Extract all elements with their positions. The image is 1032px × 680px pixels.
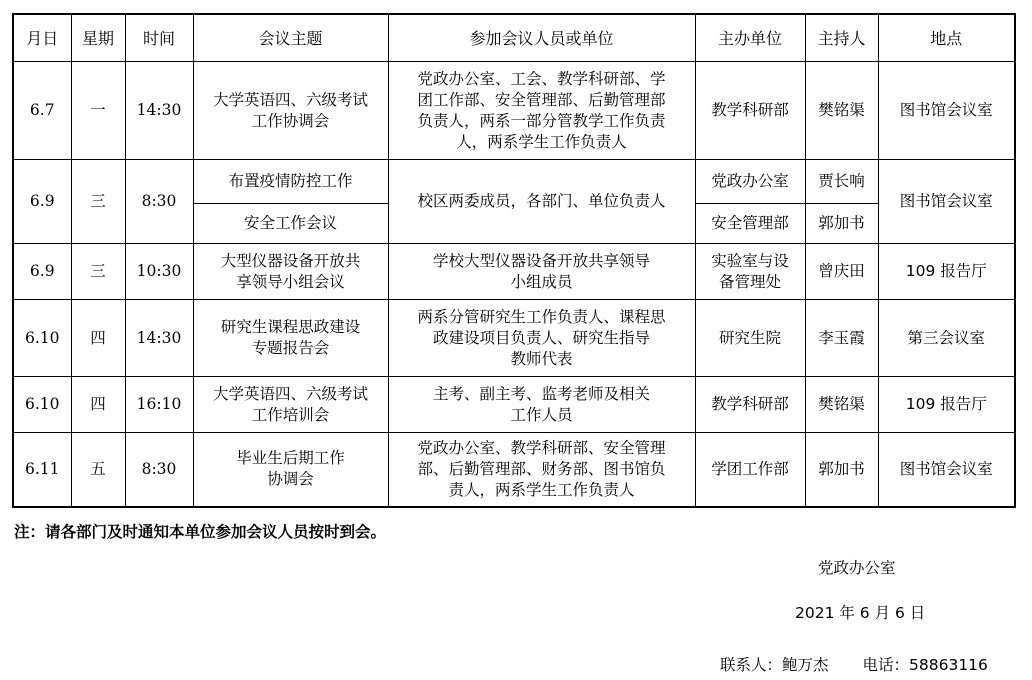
issuing-office: 党政办公室 [818,556,896,578]
cell-date: 6.10 [13,300,71,377]
cell-attendees: 两系分管研究生工作负责人、课程思 政建设项目负责人、研究生指导 教师代表 [388,300,695,377]
cell-weekday: 三 [71,160,125,244]
cell-topic: 大型仪器设备开放共 享领导小组会议 [193,244,388,300]
cell-location: 109 报告厅 [878,244,1015,300]
issue-date: 2021 年 6 月 6 日 [795,601,925,623]
cell-attendees: 主考、副主考、监考老师及相关 工作人员 [388,377,695,433]
cell-topic: 毕业生后期工作 协调会 [193,433,388,507]
cell-organizer: 党政办公室 [695,160,805,204]
cell-time: 10:30 [125,244,193,300]
cell-attendees: 学校大型仪器设备开放共享领导 小组成员 [388,244,695,300]
cell-time: 14:30 [125,300,193,377]
cell-time: 8:30 [125,433,193,507]
cell-attendees: 校区两委成员，各部门、单位负责人 [388,160,695,244]
cell-topic: 大学英语四、六级考试 工作培训会 [193,377,388,433]
cell-host: 贾长响 [805,160,878,204]
cell-host: 樊铭渠 [805,62,878,160]
cell-weekday: 四 [71,300,125,377]
cell-location: 图书馆会议室 [878,160,1015,244]
cell-date: 6.9 [13,160,71,244]
contact-phone: 电话：58863116 [863,656,988,674]
cell-weekday: 一 [71,62,125,160]
cell-host: 曾庆田 [805,244,878,300]
header-weekday: 星期 [71,14,125,62]
contact-info: 联系人：鲍万杰电话：58863116 [720,653,988,675]
cell-organizer: 安全管理部 [695,204,805,244]
header-topic: 会议主题 [193,14,388,62]
cell-host: 郭加书 [805,204,878,244]
table-row: 6.11 五 8:30 毕业生后期工作 协调会 党政办公室、教学科研部、安全管理… [13,433,1015,507]
cell-weekday: 四 [71,377,125,433]
cell-location: 图书馆会议室 [878,433,1015,507]
header-organizer: 主办单位 [695,14,805,62]
attendance-note: 注：请各部门及时通知本单位参加会议人员按时到会。 [14,520,386,542]
cell-organizer: 研究生院 [695,300,805,377]
contact-person: 联系人：鲍万杰 [720,656,829,674]
cell-date: 6.10 [13,377,71,433]
header-time: 时间 [125,14,193,62]
cell-attendees: 党政办公室、教学科研部、安全管理 部、后勤管理部、财务部、图书馆负 责人，两系学… [388,433,695,507]
cell-time: 8:30 [125,160,193,244]
cell-organizer: 学团工作部 [695,433,805,507]
table-row: 6.9 三 10:30 大型仪器设备开放共 享领导小组会议 学校大型仪器设备开放… [13,244,1015,300]
meeting-schedule-table: 月日 星期 时间 会议主题 参加会议人员或单位 主办单位 主持人 地点 6.7 … [12,13,1016,508]
cell-location: 图书馆会议室 [878,62,1015,160]
cell-host: 郭加书 [805,433,878,507]
cell-topic: 布置疫情防控工作 [193,160,388,204]
cell-date: 6.11 [13,433,71,507]
cell-topic: 研究生课程思政建设 专题报告会 [193,300,388,377]
cell-topic: 大学英语四、六级考试 工作协调会 [193,62,388,160]
cell-host: 李玉霞 [805,300,878,377]
cell-weekday: 三 [71,244,125,300]
cell-location: 第三会议室 [878,300,1015,377]
header-host: 主持人 [805,14,878,62]
cell-host: 樊铭渠 [805,377,878,433]
cell-time: 14:30 [125,62,193,160]
cell-organizer: 教学科研部 [695,62,805,160]
table-row: 6.10 四 14:30 研究生课程思政建设 专题报告会 两系分管研究生工作负责… [13,300,1015,377]
cell-organizer: 教学科研部 [695,377,805,433]
header-attendees: 参加会议人员或单位 [388,14,695,62]
cell-weekday: 五 [71,433,125,507]
table-row: 6.9 三 8:30 布置疫情防控工作 校区两委成员，各部门、单位负责人 党政办… [13,160,1015,204]
header-location: 地点 [878,14,1015,62]
cell-attendees: 党政办公室、工会、教学科研部、学 团工作部、安全管理部、后勤管理部 负责人，两系… [388,62,695,160]
cell-topic: 安全工作会议 [193,204,388,244]
cell-organizer: 实验室与设 备管理处 [695,244,805,300]
table-row: 6.10 四 16:10 大学英语四、六级考试 工作培训会 主考、副主考、监考老… [13,377,1015,433]
cell-time: 16:10 [125,377,193,433]
cell-location: 109 报告厅 [878,377,1015,433]
header-date: 月日 [13,14,71,62]
table-row: 6.7 一 14:30 大学英语四、六级考试 工作协调会 党政办公室、工会、教学… [13,62,1015,160]
cell-date: 6.9 [13,244,71,300]
header-row: 月日 星期 时间 会议主题 参加会议人员或单位 主办单位 主持人 地点 [13,14,1015,62]
cell-date: 6.7 [13,62,71,160]
